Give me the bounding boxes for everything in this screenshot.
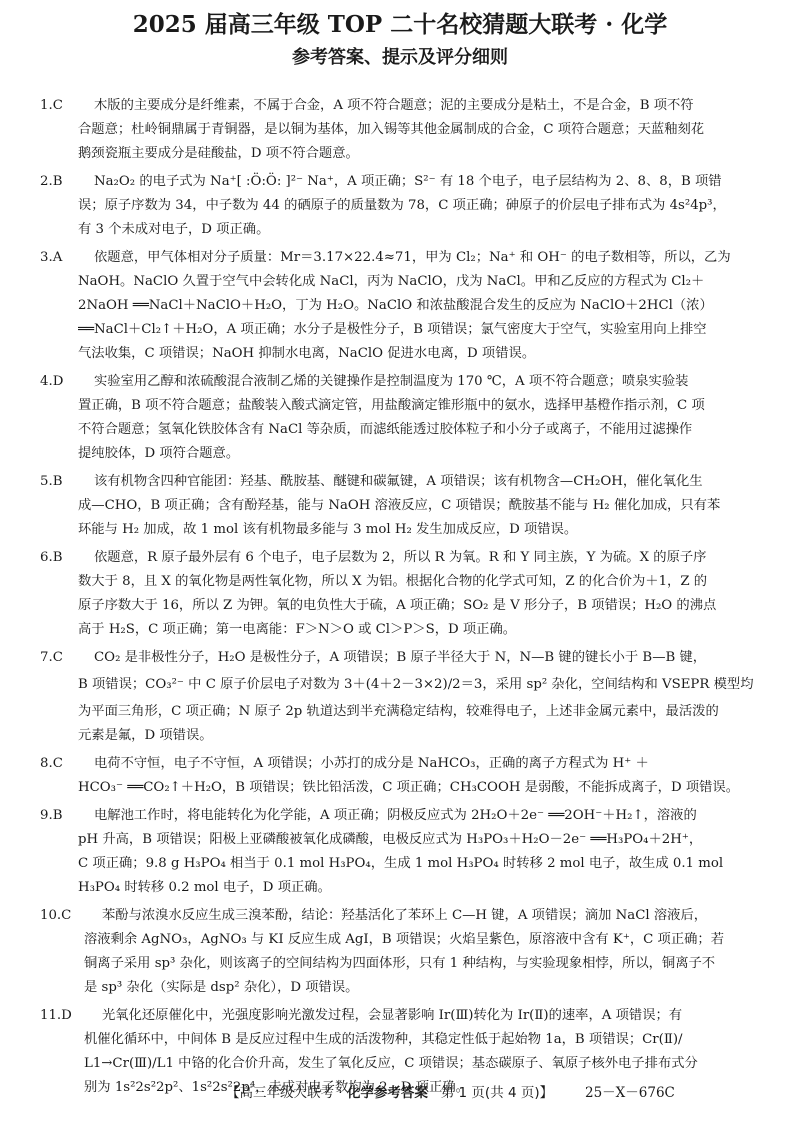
answer-letter: C [53, 94, 87, 118]
text-line: 气法收集，C 项错误；NaOH 抑制水电离，NaClO 促进水电离，D 项错误。 [78, 342, 758, 366]
text-line: 铜离子采用 sp³ 杂化，则该离子的空间结构为四面体形，只有 1 种结构，与实验… [84, 952, 758, 976]
text-line: 提纯胶体，D 项符合题意。 [78, 442, 758, 466]
footer-doc-name: 化学参考答案 [347, 1085, 428, 1101]
text-line: 依题意，R 原子最外层有 6 个电子，电子层数为 2，所以 R 为氧。R 和 Y… [78, 546, 758, 570]
question-number: 7.C [40, 646, 87, 670]
text-line: CO₂ 是非极性分子，H₂O 是极性分子，A 项错误；B 原子半径大于 N，N—… [78, 646, 758, 670]
text-line: 溶液剩余 AgNO₃，AgNO₃ 与 KI 反应生成 AgI，B 项错误；火焰呈… [84, 928, 758, 952]
text-line: 苯酚与浓溴水反应生成三溴苯酚，结论：羟基活化了苯环上 C—H 键，A 项错误；滴… [84, 904, 758, 928]
text-line: 依题意，甲气体相对分子质量：Mr＝3.17×22.4≈71，甲为 Cl₂；Na⁺… [78, 246, 758, 270]
text-line: L1→Cr(Ⅲ)/L1 中铬的化合价升高，发生了氧化反应，C 项错误；基态碳原子… [84, 1052, 758, 1076]
page-subtitle: 参考答案、提示及评分细则 [0, 43, 800, 69]
question-3: 3.A 依题意，甲气体相对分子质量：Mr＝3.17×22.4≈71，甲为 Cl₂… [58, 246, 758, 366]
text-line: 数大于 8，且 X 的氧化物是两性氧化物，所以 X 为铝。根据化合物的化学式可知… [78, 570, 758, 594]
text-line: B 项错误；CO₃²⁻ 中 C 原子价层电子对数为 3＋(4＋2－3×2)/2＝… [78, 670, 758, 700]
text-line: 是 sp³ 杂化（实际是 dsp² 杂化），D 项错误。 [84, 976, 758, 1000]
document-code: 25－X－676C [585, 1081, 675, 1101]
text-line: 电解池工作时，将电能转化为化学能，A 项正确；阴极反应式为 2H₂O＋2e⁻ ═… [78, 804, 758, 828]
answer-letter: B [53, 170, 87, 194]
answer-letter: A [53, 246, 87, 270]
answer-letter: C [61, 904, 95, 928]
footer-bracket-right: 】 [540, 1085, 554, 1101]
text-line: 该有机物含四种官能团：羟基、酰胺基、醚键和碳氟键，A 项错误；该有机物含—CH₂… [78, 470, 758, 494]
text-line: ══NaCl＋Cl₂↑＋H₂O，A 项正确；水分子是极性分子，B 项错误；氯气密… [78, 318, 758, 342]
text-line: 机催化循环中，中间体 B 是反应过程中生成的活泼物种，其稳定性低于起始物 1a，… [84, 1028, 758, 1052]
text-line: 高于 H₂S，C 项正确；第一电离能：F＞N＞O 或 Cl＞P＞S，D 项正确。 [78, 618, 758, 642]
text-line: NaOH。NaClO 久置于空气中会转化成 NaCl，丙为 NaClO，戊为 N… [78, 270, 758, 294]
text-line: H₃PO₄ 时转移 0.2 mol 电子，D 项正确。 [78, 876, 758, 900]
text-line: C 项正确；9.8 g H₃PO₄ 相当于 0.1 mol H₃PO₄，生成 1… [78, 852, 758, 876]
footer-series: 高三年级大联考 · [240, 1085, 347, 1101]
question-number: 4.D [40, 370, 87, 394]
answer-letter: B [53, 546, 87, 570]
answer-letter: C [53, 752, 87, 776]
question-number: 11.D [40, 1004, 95, 1028]
answer-letter: C [53, 646, 87, 670]
question-4: 4.D 实验室用乙醇和浓硫酸混合液制乙烯的关键操作是控制温度为 170 ℃，A … [58, 370, 758, 466]
text-line: 误；原子序数为 34，中子数为 44 的硒原子的质量数为 78，C 项正确；砷原… [78, 194, 758, 218]
question-5: 5.B 该有机物含四种官能团：羟基、酰胺基、醚键和碳氟键，A 项错误；该有机物含… [58, 470, 758, 542]
text-line: 电荷不守恒，电子不守恒，A 项错误；小苏打的成分是 NaHCO₃，正确的离子方程… [78, 752, 758, 776]
question-number: 10.C [40, 904, 95, 928]
page-info: 第 1 页(共 4 页) [441, 1085, 540, 1101]
question-number: 8.C [40, 752, 87, 776]
text-line: 置正确，B 项不符合题意；盐酸装入酸式滴定管，用盐酸滴定锥形瓶中的氨水，选择甲基… [78, 394, 758, 418]
question-7: 7.C CO₂ 是非极性分子，H₂O 是极性分子，A 项错误；B 原子半径大于 … [58, 646, 758, 748]
question-8: 8.C 电荷不守恒，电子不守恒，A 项错误；小苏打的成分是 NaHCO₃，正确的… [58, 752, 758, 800]
text-line: 光氧化还原催化中，光强度影响光激发过程，会显著影响 Ir(Ⅲ)转化为 Ir(Ⅱ)… [84, 1004, 758, 1028]
question-number: 1.C [40, 94, 87, 118]
question-number: 3.A [40, 246, 87, 270]
footer-bracket-left: 【 [226, 1085, 240, 1101]
text-line: 木版的主要成分是纤维素，不属于合金，A 项不符合题意；泥的主要成分是粘土，不是合… [78, 94, 758, 118]
page-title: 2025 届高三年级 TOP 二十名校猜题大联考 · 化学 [0, 6, 800, 39]
question-10: 10.C 苯酚与浓溴水反应生成三溴苯酚，结论：羟基活化了苯环上 C—H 键，A … [58, 904, 758, 1000]
answer-letter: D [61, 1004, 95, 1028]
text-line: pH 升高，B 项错误；阳极上亚磷酸被氧化成磷酸，电极反应式为 H₃PO₃＋H₂… [78, 828, 758, 852]
question-number: 2.B [40, 170, 87, 194]
answer-list: 1.C 木版的主要成分是纤维素，不属于合金，A 项不符合题意；泥的主要成分是粘土… [58, 94, 758, 1104]
page-footer: 【高三年级大联考 · 化学参考答案 第 1 页(共 4 页)】 [226, 1081, 553, 1101]
text-line: 环能与 H₂ 加成，故 1 mol 该有机物最多能与 3 mol H₂ 发生加成… [78, 518, 758, 542]
question-number: 9.B [40, 804, 87, 828]
text-line: Na₂O₂ 的电子式为 Na⁺[ :Ö:Ö: ]²⁻ Na⁺，A 项正确；S²⁻… [78, 170, 758, 194]
question-number: 5.B [40, 470, 87, 494]
answer-letter: B [53, 470, 87, 494]
question-2: 2.B Na₂O₂ 的电子式为 Na⁺[ :Ö:Ö: ]²⁻ Na⁺，A 项正确… [58, 170, 758, 242]
text-line: 合题意；杜岭铜鼎属于青铜器，是以铜为基体，加入锡等其他金属制成的合金，C 项符合… [78, 118, 758, 142]
text-line: 成—CHO，B 项正确；含有酚羟基，能与 NaOH 溶液反应，C 项错误；酰胺基… [78, 494, 758, 518]
text-line: 实验室用乙醇和浓硫酸混合液制乙烯的关键操作是控制温度为 170 ℃，A 项不符合… [78, 370, 758, 394]
text-line: HCO₃⁻ ══CO₂↑＋H₂O，B 项错误；铁比铅活泼，C 项正确；CH₃CO… [78, 776, 758, 800]
question-1: 1.C 木版的主要成分是纤维素，不属于合金，A 项不符合题意；泥的主要成分是粘土… [58, 94, 758, 166]
text-line: 有 3 个未成对电子，D 项正确。 [78, 218, 758, 242]
text-line: 原子序数大于 16，所以 Z 为钾。氧的电负性大于硫，A 项正确；SO₂ 是 V… [78, 594, 758, 618]
text-line: 2NaOH ══NaCl＋NaClO＋H₂O，丁为 H₂O。NaClO 和浓盐酸… [78, 294, 758, 318]
answer-letter: D [53, 370, 87, 394]
question-number: 6.B [40, 546, 87, 570]
question-9: 9.B 电解池工作时，将电能转化为化学能，A 项正确；阴极反应式为 2H₂O＋2… [58, 804, 758, 900]
question-6: 6.B 依题意，R 原子最外层有 6 个电子，电子层数为 2，所以 R 为氧。R… [58, 546, 758, 642]
answer-letter: B [53, 804, 87, 828]
text-line: 鹅颈瓷瓶主要成分是硅酸盐，D 项不符合题意。 [78, 142, 758, 166]
text-line: 为平面三角形，C 项正确；N 原子 2p 轨道达到半充满稳定结构，较难得电子，上… [78, 700, 758, 724]
text-line: 不符合题意；氢氧化铁胶体含有 NaCl 等杂质，而滤纸能透过胶体粒子和小分子或离… [78, 418, 758, 442]
text-line: 元素是氟，D 项错误。 [78, 724, 758, 748]
